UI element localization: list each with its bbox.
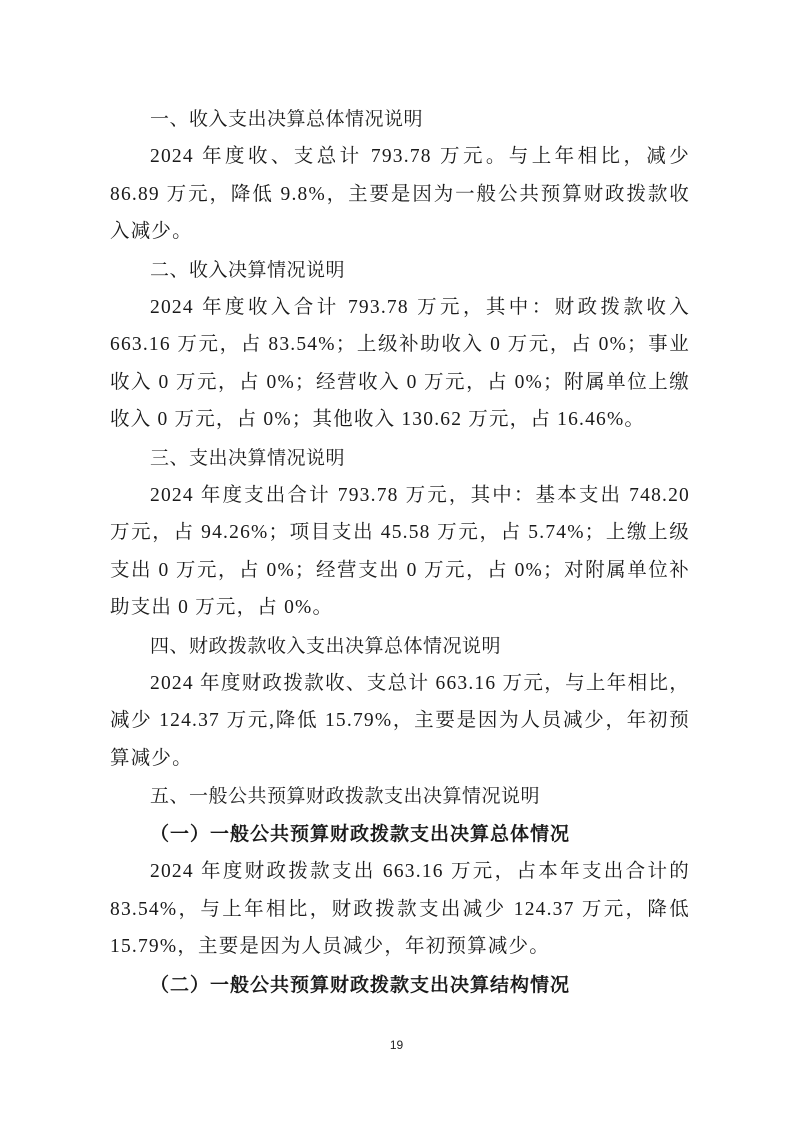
subsection-paragraph-5-1: 2024 年度财政拨款支出 663.16 万元，占本年支出合计的 83.54%，… <box>110 853 690 966</box>
section-heading-2: 二、收入决算情况说明 <box>110 251 690 289</box>
section-heading-3: 三、支出决算情况说明 <box>110 439 690 477</box>
section-heading-5: 五、一般公共预算财政拨款支出决算情况说明 <box>110 777 690 815</box>
page-number: 19 <box>0 1038 793 1052</box>
document-page: 一、收入支出决算总体情况说明 2024 年度收、支总计 793.78 万元。与上… <box>110 100 690 1004</box>
section-heading-4: 四、财政拨款收入支出决算总体情况说明 <box>110 627 690 665</box>
subsection-heading-5-1: （一）一般公共预算财政拨款支出决算总体情况 <box>110 815 690 853</box>
section-paragraph-4: 2024 年度财政拨款收、支总计 663.16 万元，与上年相比，减少 124.… <box>110 665 690 778</box>
section-paragraph-1: 2024 年度收、支总计 793.78 万元。与上年相比，减少 86.89 万元… <box>110 138 690 251</box>
section-paragraph-3: 2024 年度支出合计 793.78 万元，其中：基本支出 748.20 万元，… <box>110 477 690 627</box>
section-heading-1: 一、收入支出决算总体情况说明 <box>110 100 690 138</box>
subsection-heading-5-2: （二）一般公共预算财政拨款支出决算结构情况 <box>110 966 690 1004</box>
section-paragraph-2: 2024 年度收入合计 793.78 万元，其中：财政拨款收入 663.16 万… <box>110 289 690 439</box>
